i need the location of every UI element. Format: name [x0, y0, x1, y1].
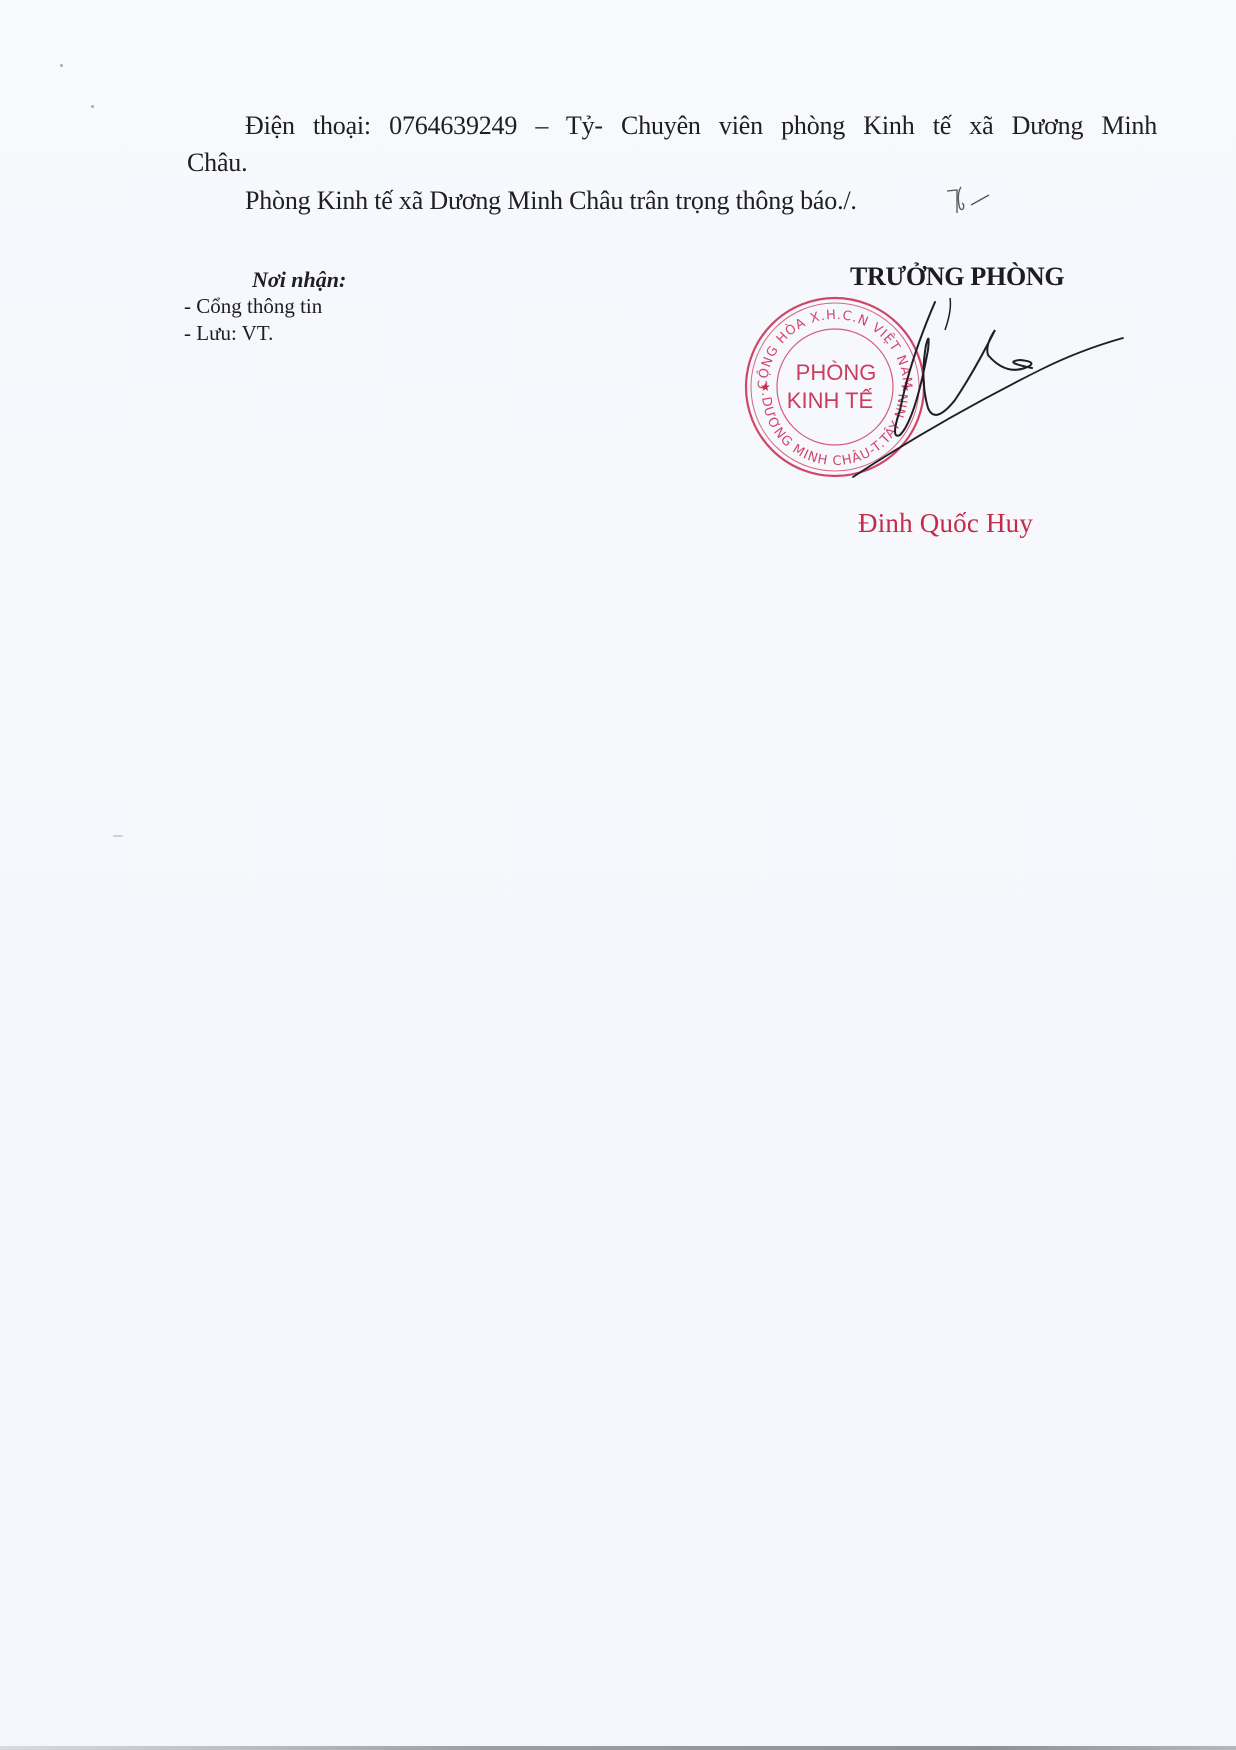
scan-speck: [91, 105, 94, 108]
scan-speck: [60, 64, 63, 67]
recipients-block: Nơi nhận: - Cổng thông tin - Lưu: VT.: [184, 266, 346, 347]
scan-speck: [113, 835, 123, 837]
recipient-item: - Lưu: VT.: [184, 320, 346, 347]
recipients-title: Nơi nhận:: [184, 266, 346, 293]
contact-paragraph: Điện thoại: 0764639249 – Tỷ- Chuyên viên…: [187, 107, 1157, 181]
handwritten-signature-icon: [740, 290, 1130, 490]
position-title: TRƯỞNG PHÒNG: [850, 262, 1064, 292]
scan-bottom-edge: [0, 1746, 1236, 1750]
document-page: Điện thoại: 0764639249 – Tỷ- Chuyên viên…: [0, 0, 1236, 1750]
contact-line: Điện thoại: 0764639249 – Tỷ- Chuyên viên…: [187, 107, 1157, 144]
closing-line: Phòng Kinh tế xã Dương Minh Châu trân tr…: [245, 182, 857, 219]
contact-line-continuation: Châu.: [187, 144, 1157, 181]
recipient-item: - Cổng thông tin: [184, 293, 346, 320]
signer-name: Đinh Quốc Huy: [858, 508, 1033, 539]
initial-mark-icon: [945, 183, 1005, 218]
